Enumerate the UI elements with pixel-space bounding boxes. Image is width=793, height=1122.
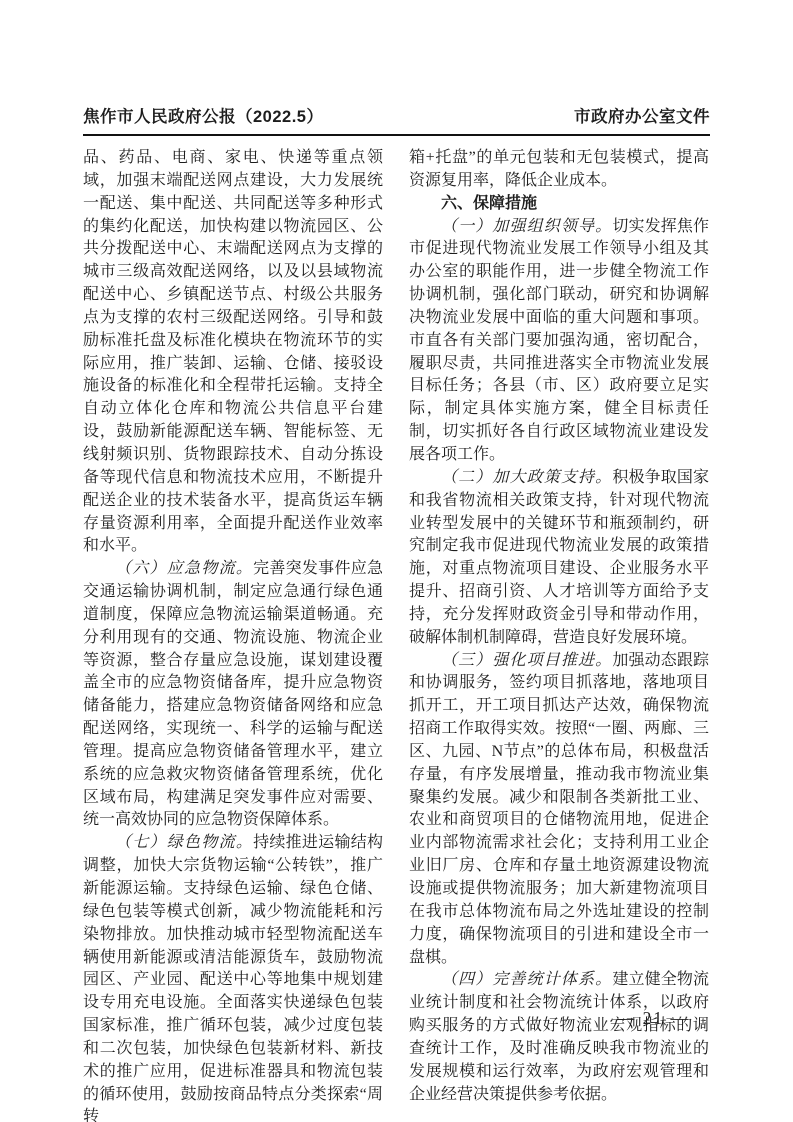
- paragraph: 品、药品、电商、家电、快递等重点领域，加强末端配送网点建设，大力发展统一配送、集…: [83, 147, 383, 558]
- paragraph-lead: （七）绿色物流。: [115, 834, 253, 851]
- paragraph-lead: （六）应急物流。: [115, 560, 253, 577]
- paragraph: 箱+托盘”的单元包装和无包装模式，提高资源复用率，降低企业成本。: [409, 147, 709, 193]
- paragraph: （三）强化项目推进。加强动态跟踪和协调服务，签约项目抓落地，落地项目抓开工，开工…: [409, 650, 709, 970]
- right-column: 箱+托盘”的单元包装和无包装模式，提高资源复用率，降低企业成本。六、保障措施（一…: [409, 147, 709, 1122]
- paragraph-lead: （一）加强组织领导。: [441, 218, 612, 235]
- paragraph: （一）加强组织领导。切实发挥焦作市促进现代物流业发展工作领导小组及其办公室的职能…: [409, 216, 709, 467]
- running-header: 焦作市人民政府公报（2022.5） 市政府办公室文件: [83, 0, 710, 136]
- paragraph-lead: （三）强化项目推进。: [441, 652, 612, 669]
- page-number: — 21 —: [617, 1008, 690, 1029]
- header-left-title: 焦作市人民政府公报（2022.5）: [83, 103, 323, 127]
- left-column: 品、药品、电商、家电、快递等重点领域，加强末端配送网点建设，大力发展统一配送、集…: [83, 147, 383, 1122]
- paragraph: （六）应急物流。完善突发事件应急交通运输协调机制，制定应急通行绿色通道制度，保障…: [83, 558, 383, 832]
- page-content: 焦作市人民政府公报（2022.5） 市政府办公室文件 品、药品、电商、家电、快递…: [83, 0, 710, 1122]
- header-right-title: 市政府办公室文件: [574, 103, 710, 127]
- paragraph: （七）绿色物流。持续推进运输结构调整，加快大宗货物运输“公转铁”，推广新能源运输…: [83, 832, 383, 1122]
- gazette-page: 焦作市人民政府公报（2022.5） 市政府办公室文件 品、药品、电商、家电、快递…: [0, 0, 793, 1122]
- paragraph: （四）完善统计体系。建立健全物流业统计制度和社会物流统计体系，以政府购买服务的方…: [409, 969, 709, 1106]
- two-column-body: 品、药品、电商、家电、快递等重点领域，加强末端配送网点建设，大力发展统一配送、集…: [83, 147, 710, 1122]
- paragraph-lead: （二）加大政策支持。: [441, 469, 612, 486]
- paragraph: （二）加大政策支持。积极争取国家和我省物流相关政策支持，针对现代物流业转型发展中…: [409, 467, 709, 650]
- paragraph-lead: （四）完善统计体系。: [441, 971, 612, 988]
- section-heading: 六、保障措施: [409, 193, 709, 216]
